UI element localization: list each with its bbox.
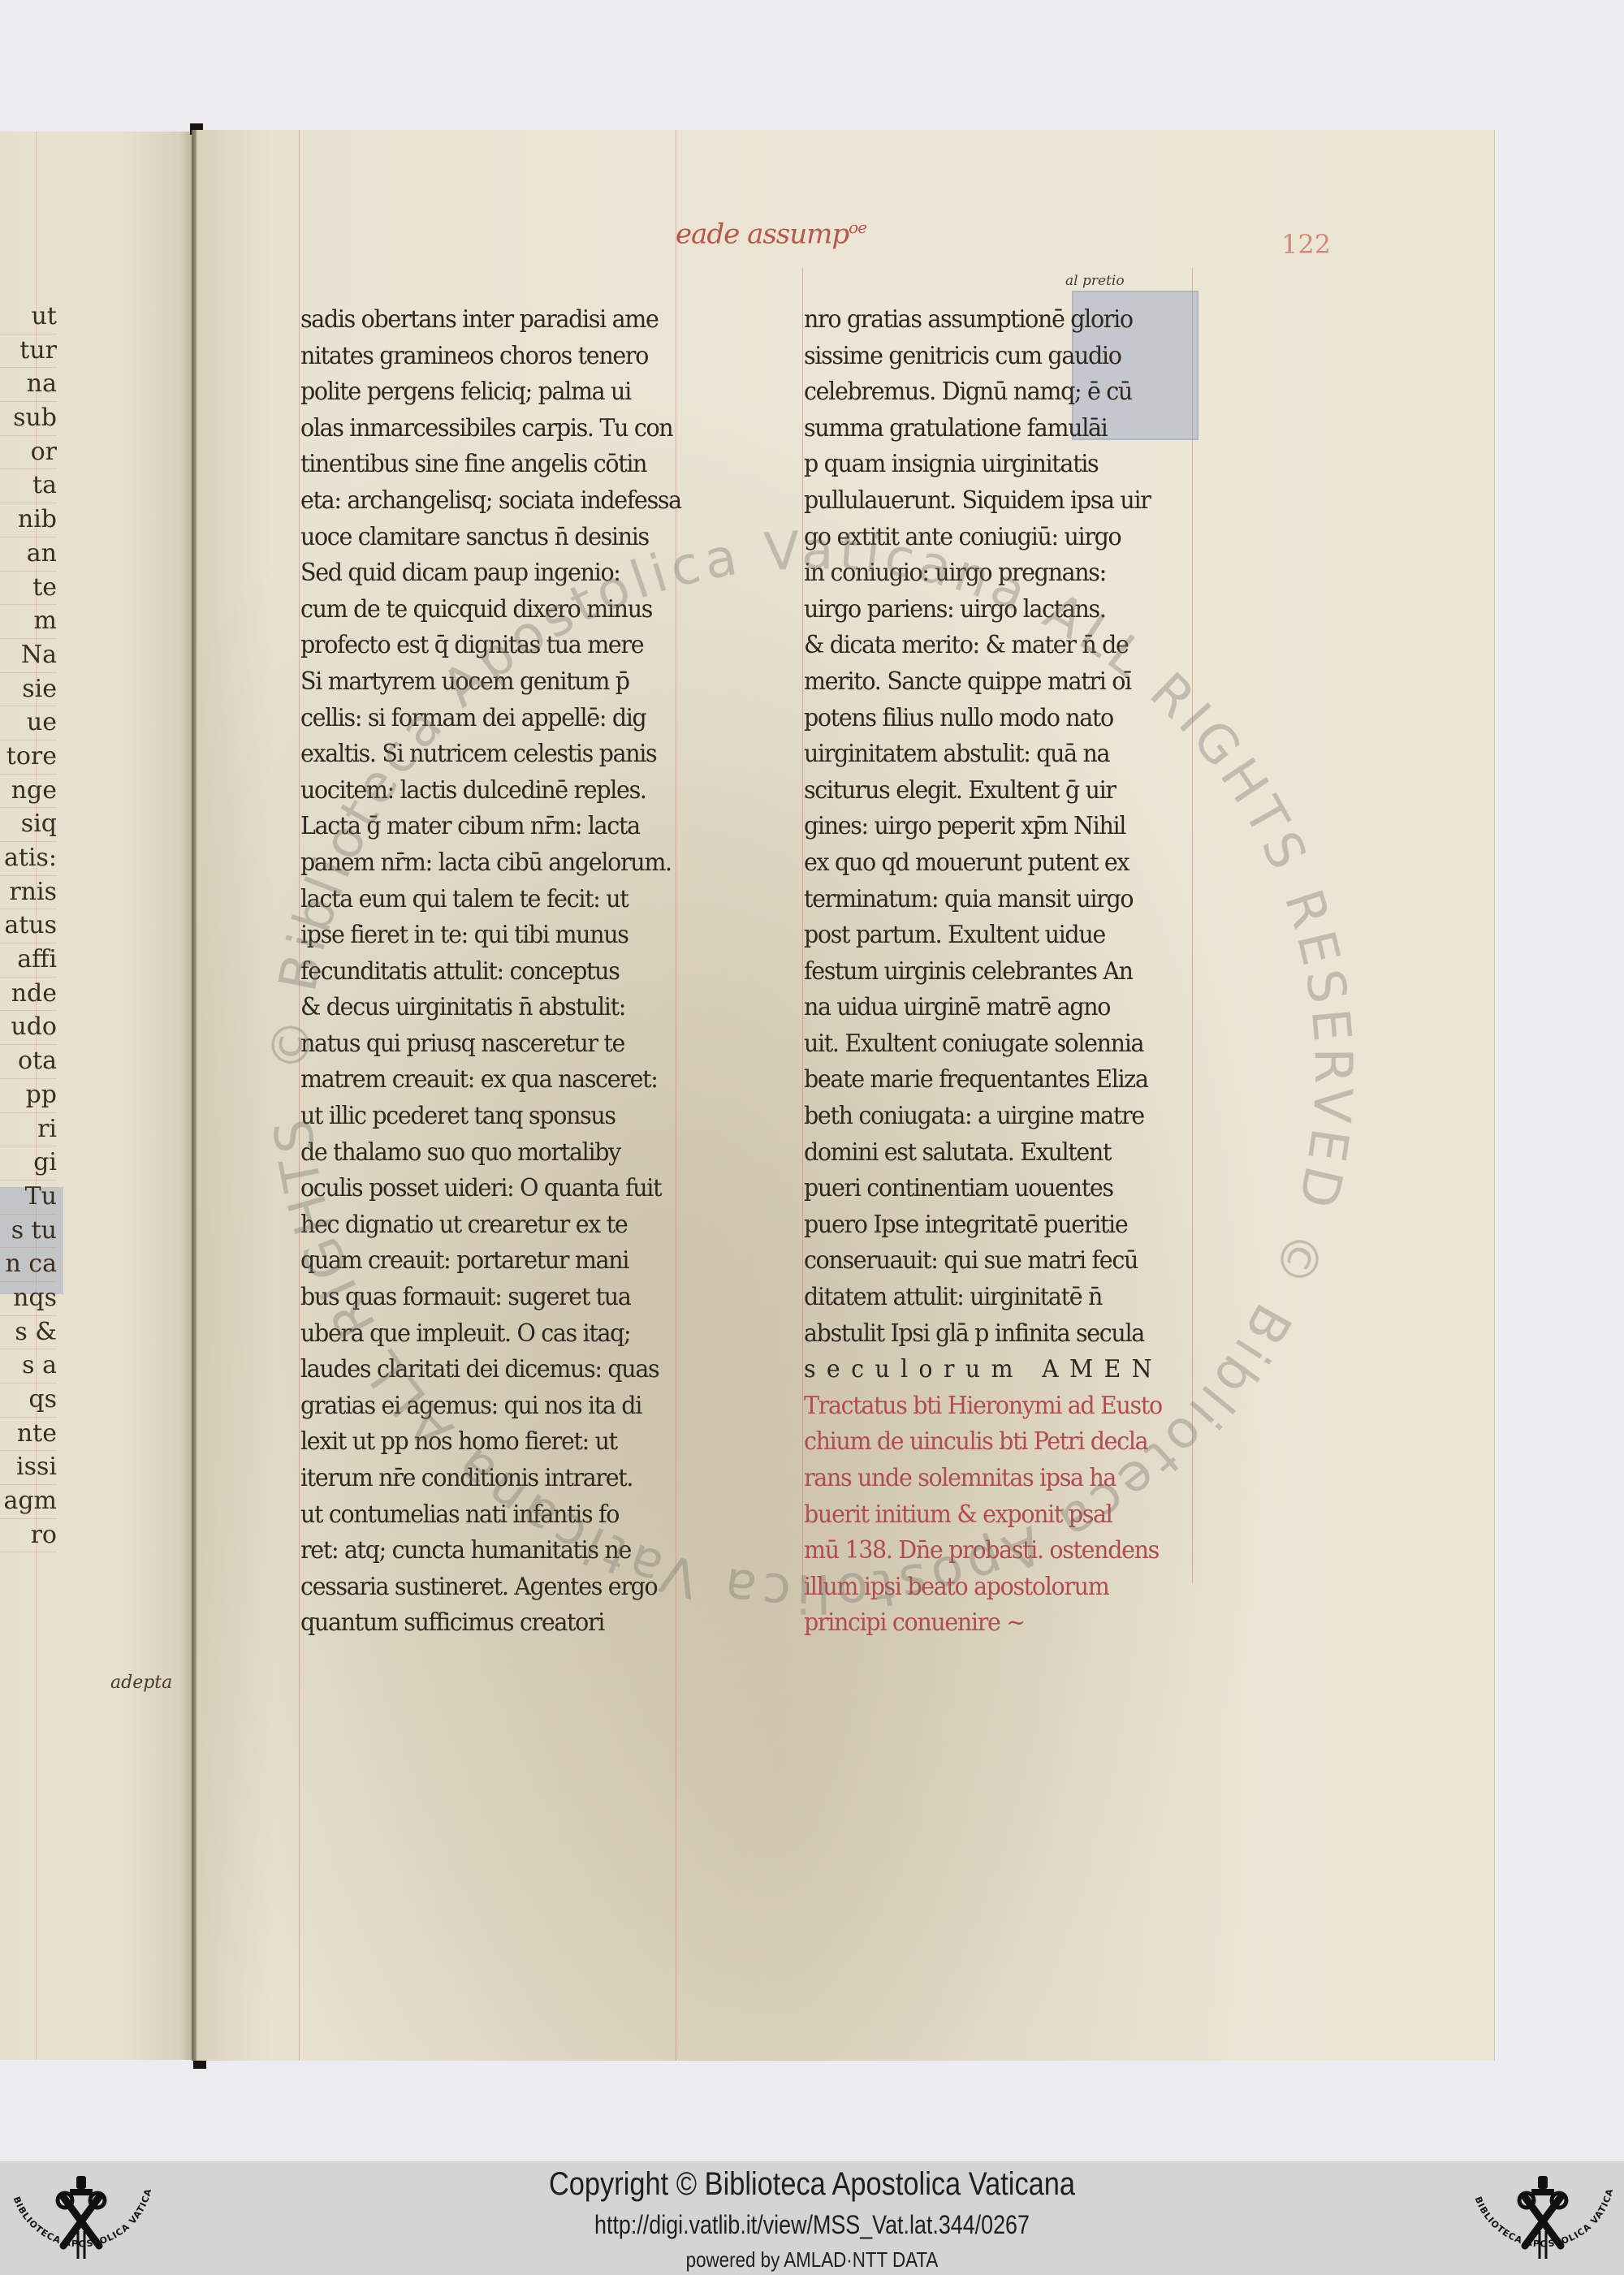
text-line: udo (0, 1011, 57, 1045)
text-line: profecto est q̄ dignitas tua mere (300, 628, 686, 664)
text-line: potens filius nullo modo nato (804, 701, 1190, 737)
text-line: cum de te quicquid dixero minus (300, 592, 686, 628)
left-page-fragment: utturnasubortanibantemNasieuetorengesiqa… (0, 132, 195, 2060)
text-line: gratias ei agemus: qui nos ita di (300, 1388, 686, 1425)
text-line: an (0, 537, 57, 572)
text-line: quantum sufficimus creatori (300, 1605, 686, 1642)
text-line: nqs (0, 1282, 57, 1316)
text-line: ota (0, 1045, 57, 1079)
text-line: principi conuenire ~ (804, 1605, 1190, 1642)
text-line: conseruauit: qui sue matri fecū (804, 1243, 1190, 1280)
text-line: ex quo qd mouerunt putent ex (804, 845, 1190, 882)
text-line: chium de uinculis bti Petri decla (804, 1424, 1190, 1461)
text-line: tore (0, 740, 57, 775)
text-line: sciturus elegit. Exultent ḡ uir (804, 773, 1190, 809)
text-line: uit. Exultent coniugate solennia (804, 1026, 1190, 1063)
text-line: in coniugio: uirgo pregnans: (804, 555, 1190, 592)
powered-by-text: powered by AMLAD·NTT DATA (114, 2247, 1510, 2273)
text-line: Na (0, 639, 57, 673)
text-line: mū 138. Dn̄e probasti. ostendens (804, 1533, 1190, 1569)
left-page-text: utturnasubortanibantemNasieuetorengesiqa… (0, 300, 57, 1552)
text-line: sie (0, 673, 57, 707)
text-line: ri (0, 1113, 57, 1147)
text-line: illum ipsi beato apostolorum (804, 1569, 1190, 1606)
text-line: pullulauerunt. Siquidem ipsa uir (804, 483, 1190, 520)
text-line: ue (0, 706, 57, 740)
text-line: & dicata merito: & mater n̄ de (804, 628, 1190, 664)
text-line: s a (0, 1349, 57, 1384)
text-line: uirgo pariens: uirgo lactans. (804, 592, 1190, 628)
text-line: issi (0, 1451, 57, 1485)
text-line: panem nr̄m: lacta cibū angelorum. (300, 845, 686, 882)
text-line: nde (0, 978, 57, 1012)
vatican-library-seal-right: BIBLIOTECA APOSTOLICA VATICANA (1462, 2166, 1624, 2272)
text-line: ret: atq; cuncta humanitatis ne (300, 1533, 686, 1569)
text-line: polite pergens feliciq; palma ui (300, 374, 686, 411)
text-line: abstulit Ipsi glā p infinita secula (804, 1316, 1190, 1353)
binding-gutter (192, 130, 197, 2061)
copyright-text: Copyright © Biblioteca Apostolica Vatica… (114, 2166, 1510, 2203)
text-line: or (0, 436, 57, 470)
text-line: Tractatus bti Hieronymi ad Eusto (804, 1388, 1190, 1425)
text-line: agm (0, 1485, 57, 1519)
running-head-text: eade assump (676, 218, 849, 250)
text-line: tur (0, 335, 57, 369)
text-line: laudes claritati dei dicemus: quas (300, 1352, 686, 1388)
text-line: affi (0, 943, 57, 978)
text-line: merito. Sancte quippe matri oī (804, 664, 1190, 701)
text-line: ubera que impleuit. O cas itaq; (300, 1316, 686, 1353)
text-line: uoce clamitare sanctus n̄ desinis (300, 520, 686, 556)
text-line: rans unde solemnitas ipsa ha (804, 1461, 1190, 1497)
text-line: & decus uirginitatis n̄ abstulit: (300, 990, 686, 1026)
text-line: buerit initium & exponit psal (804, 1497, 1190, 1534)
text-line: ut contumelias nati infantis fo (300, 1497, 686, 1534)
text-line: qs (0, 1384, 57, 1418)
text-line: uirginitatem abstulit: quā na (804, 736, 1190, 773)
text-line: ut (0, 300, 57, 335)
text-line: celebremus. Dignū namq; ē cū (804, 374, 1190, 411)
text-line: sub (0, 402, 57, 436)
text-line: Si martyrem uocem genitum p̄ (300, 664, 686, 701)
text-line: summa gratulatione famulāi (804, 411, 1190, 447)
text-line: terminatum: quia mansit uirgo (804, 882, 1190, 918)
text-line: n ca (0, 1248, 57, 1282)
text-line: atis: (0, 842, 57, 876)
text-line: gines: uirgo peperit xp̄m Nihil (804, 809, 1190, 845)
ruling-line (802, 268, 803, 1583)
text-line: matrem creauit: ex qua nasceret: (300, 1062, 686, 1099)
text-line: s & (0, 1316, 57, 1350)
text-line: ipse fieret in te: qui tibi munus (300, 917, 686, 954)
text-line: oculis posset uideri: O quanta fuit (300, 1171, 686, 1207)
text-line: cellis: si formam dei appellē: dig (300, 701, 686, 737)
text-line: Tu (0, 1181, 57, 1215)
ruling-line (299, 130, 300, 2061)
text-column-a: sadis obertans inter paradisi amenitates… (300, 302, 706, 1642)
text-line: fecunditatis attulit: conceptus (300, 954, 686, 991)
text-line: uocitem: lactis dulcedinē reples. (300, 773, 686, 809)
margin-gloss: adepta (110, 1673, 172, 1693)
text-line: tinentibus sine fine angelis cōtin (300, 447, 686, 483)
text-line: na uidua uirginē matrē agno (804, 990, 1190, 1026)
text-line: nib (0, 503, 57, 537)
text-line: atus (0, 909, 57, 943)
running-head-superscript: oe (849, 218, 866, 237)
text-line: exaltis. Si nutricem celestis panis (300, 736, 686, 773)
text-line: seculorum AMEN (804, 1352, 1190, 1388)
footer-bar: Copyright © Biblioteca Apostolica Vatica… (0, 2161, 1624, 2275)
text-line: domini est salutata. Exultent (804, 1135, 1190, 1172)
text-line: iterum nr̄e conditionis intraret. (300, 1461, 686, 1497)
text-line: nge (0, 775, 57, 809)
text-line: pp (0, 1079, 57, 1113)
text-line: na (0, 368, 57, 402)
text-column-b: nro gratias assumptionē gloriosissime ge… (804, 302, 1210, 1642)
text-line: sissime genitricis cum gaudio (804, 339, 1190, 375)
text-line: quam creauit: portaretur mani (300, 1243, 686, 1280)
text-line: eta: archangelisq; sociata indefessa (300, 483, 686, 520)
text-line: ta (0, 469, 57, 503)
text-line: go extitit ante coniugiū: uirgo (804, 520, 1190, 556)
text-line: bus quas formauit: sugeret tua (300, 1280, 686, 1316)
text-line: m (0, 605, 57, 639)
text-line: nitates gramineos choros tenero (300, 339, 686, 375)
text-line: nro gratias assumptionē glorio (804, 302, 1190, 339)
text-line: rnis (0, 876, 57, 910)
text-line: olas inmarcessibiles carpis. Tu con (300, 411, 686, 447)
text-line: sadis obertans inter paradisi ame (300, 302, 686, 339)
text-line: hec dignatio ut crearetur ex te (300, 1207, 686, 1244)
text-line: puero Ipse integritatē pueritie (804, 1207, 1190, 1244)
text-line: siq (0, 808, 57, 842)
text-line: pueri continentiam uouentes (804, 1171, 1190, 1207)
text-line: post partum. Exultent uidue (804, 917, 1190, 954)
text-line: beate marie frequentantes Eliza (804, 1062, 1190, 1099)
text-line: lacta eum qui talem te fecit: ut (300, 882, 686, 918)
text-line: p quam insignia uirginitatis (804, 447, 1190, 483)
text-line: ditatem attulit: uirginitatē n̄ (804, 1280, 1190, 1316)
text-line: Sed quid dicam paup ingenio: (300, 555, 686, 592)
running-head: eade assumpoe (676, 218, 866, 250)
text-line: s tu (0, 1215, 57, 1249)
folio-number: 122 (1281, 229, 1331, 260)
column-gloss: al pretio (1065, 273, 1125, 289)
text-line: te (0, 572, 57, 606)
text-line: gi (0, 1146, 57, 1181)
text-line: nte (0, 1418, 57, 1452)
text-line: ro (0, 1519, 57, 1553)
text-line: cessaria sustineret. Agentes ergo (300, 1569, 686, 1606)
text-line: festum uirginis celebrantes An (804, 954, 1190, 991)
text-line: Lacta ḡ mater cibum nr̄m: lacta (300, 809, 686, 845)
source-url[interactable]: http://digi.vatlib.it/view/MSS_Vat.lat.3… (130, 2210, 1494, 2240)
text-line: lexit ut pp nos homo fieret: ut (300, 1424, 686, 1461)
text-line: ut illic pcederet tanq sponsus (300, 1099, 686, 1135)
vatican-library-seal-left: BIBLIOTECA APOSTOLICA VATICANA (0, 2166, 162, 2272)
text-line: beth coniugata: a uirgine matre (804, 1099, 1190, 1135)
text-line: natus qui priusq nasceretur te (300, 1026, 686, 1063)
text-line: de thalamo suo quo mortaliby (300, 1135, 686, 1172)
